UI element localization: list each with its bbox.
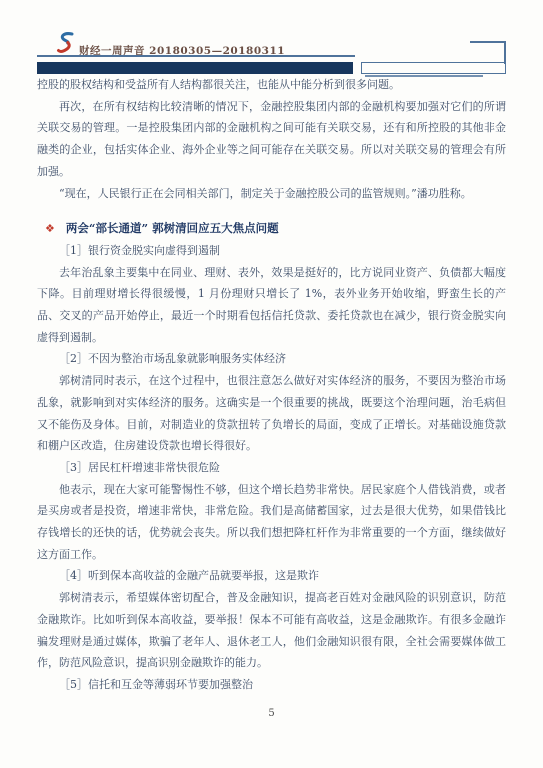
page-number: 5 (0, 708, 543, 719)
header-corner-bracket (470, 41, 506, 64)
document-body: 控股的股权结构和受益所有人结构都很关注，也能从中能分析到很多问题。 再次，在所有… (37, 74, 506, 696)
header-navy-bar (37, 62, 353, 74)
document-page: 财经一周声音 20180305—20180311 控股的股权结构和受益所有人结构… (0, 0, 543, 768)
list-item-title: ［5］信托和互金等薄弱环节要加强整治 (37, 674, 506, 696)
diamond-bullet-icon: ❖ (45, 218, 55, 240)
list-item-title: ［4］听到保本高收益的金融产品就要举报，这是欺诈 (37, 565, 506, 587)
list-item-title: ［3］居民杠杆增速非常快很危险 (37, 457, 506, 479)
paragraph: 去年治乱象主要集中在同业、理财、表外，效果是挺好的，比方说同业资产、负债都大幅度… (37, 262, 506, 349)
section-heading-text: 两会“部长通道” 郭树清回应五大焦点问题 (66, 218, 279, 240)
paragraph: 他表示，现在大家可能警惕性不够，但这个增长趋势非常快。居民家庭个人借钱消费，或者… (37, 479, 506, 566)
paragraph: “现在，人民银行正在会同相关部门，制定关于金融控股公司的监管规则。”潘功胜称。 (37, 183, 506, 205)
section-heading: ❖ 两会“部长通道” 郭树清回应五大焦点问题 (45, 218, 506, 240)
brand-s-logo-icon (56, 31, 76, 55)
list-item-title: ［2］不因为整治市场乱象就影响服务实体经济 (37, 348, 506, 370)
header-rule-divider (37, 55, 355, 57)
paragraph: 郭树清表示，希望媒体密切配合，普及金融知识，提高老百姓对金融风险的识别意识，防范… (37, 587, 506, 674)
paragraph: 郭树清同时表示，在这个过程中，也很注意怎么做好对实体经济的服务，不要因为整治市场… (37, 370, 506, 457)
list-item-title: ［1］银行资金脱实向虚得到遏制 (37, 240, 506, 262)
paragraph: 控股的股权结构和受益所有人结构都很关注，也能从中能分析到很多问题。 (37, 74, 506, 96)
paragraph: 再次，在所有权结构比较清晰的情况下，金融控股集团内部的金融机构要加强对它们的所谓… (37, 96, 506, 183)
